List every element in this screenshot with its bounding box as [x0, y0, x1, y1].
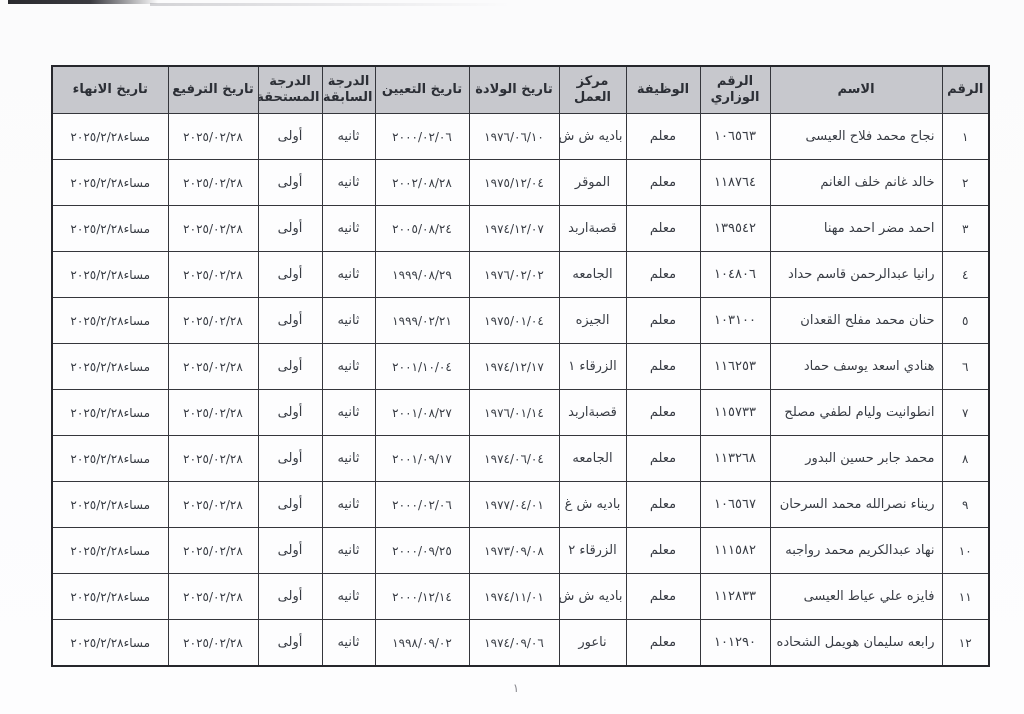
header-row: الرقمالاسمالرقم الوزاريالوظيفةمركز العمل…	[52, 66, 989, 114]
cell-no: ٥	[942, 298, 989, 344]
cell-birth_date: ١٩٧٦/٠٢/٠٢	[469, 252, 559, 298]
cell-promotion_date: ٢٠٢٥/٠٢/٢٨	[168, 528, 258, 574]
cell-hire_date: ٢٠٠١/٠٨/٢٧	[375, 390, 469, 436]
cell-due_grade: أولى	[258, 252, 322, 298]
cell-birth_date: ١٩٧٧/٠٤/٠١	[469, 482, 559, 528]
cell-end_date: مساء٢٠٢٥/٢/٢٨	[52, 344, 168, 390]
cell-work_center: باديه ش ش	[559, 114, 626, 160]
cell-due_grade: أولى	[258, 344, 322, 390]
table-row: ٨محمد جابر حسين البدور١١٣٢٦٨معلمالجامعه١…	[52, 436, 989, 482]
cell-hire_date: ١٩٩٩/٠٨/٢٩	[375, 252, 469, 298]
cell-ministry_no: ١١٣٢٦٨	[700, 436, 770, 482]
cell-end_date: مساء٢٠٢٥/٢/٢٨	[52, 206, 168, 252]
cell-hire_date: ٢٠٠٠/٠٢/٠٦	[375, 114, 469, 160]
cell-ministry_no: ١٠١٢٩٠	[700, 620, 770, 667]
cell-hire_date: ٢٠٠٠/١٢/١٤	[375, 574, 469, 620]
column-header-no: الرقم	[942, 66, 989, 114]
cell-promotion_date: ٢٠٢٥/٠٢/٢٨	[168, 436, 258, 482]
cell-name: حنان محمد مفلح القعدان	[770, 298, 942, 344]
cell-hire_date: ١٩٩٨/٠٩/٠٢	[375, 620, 469, 667]
cell-end_date: مساء٢٠٢٥/٢/٢٨	[52, 482, 168, 528]
cell-no: ١	[942, 114, 989, 160]
cell-end_date: مساء٢٠٢٥/٢/٢٨	[52, 528, 168, 574]
cell-prev_grade: ثانيه	[322, 114, 375, 160]
table-row: ٩ريناء نصرالله محمد السرحان١٠٦٥٦٧معلمباد…	[52, 482, 989, 528]
cell-work_center: ناعور	[559, 620, 626, 667]
cell-job: معلم	[626, 298, 700, 344]
cell-ministry_no: ١٠٦٥٦٣	[700, 114, 770, 160]
cell-job: معلم	[626, 390, 700, 436]
cell-prev_grade: ثانيه	[322, 160, 375, 206]
column-header-hire_date: تاريخ التعيين	[375, 66, 469, 114]
cell-promotion_date: ٢٠٢٥/٠٢/٢٨	[168, 574, 258, 620]
cell-name: نهاد عبدالكريم محمد رواجبه	[770, 528, 942, 574]
cell-job: معلم	[626, 620, 700, 667]
cell-promotion_date: ٢٠٢٥/٠٢/٢٨	[168, 160, 258, 206]
cell-job: معلم	[626, 252, 700, 298]
cell-no: ٦	[942, 344, 989, 390]
cell-name: نجاح محمد فلاح العيسى	[770, 114, 942, 160]
table-row: ١١فايزه علي عياط العيسى١١٢٨٣٣معلمباديه ش…	[52, 574, 989, 620]
cell-due_grade: أولى	[258, 298, 322, 344]
column-header-work_center: مركز العمل	[559, 66, 626, 114]
table-row: ٢خالد غانم خلف الغانم١١٨٧٦٤معلمالموقر١٩٧…	[52, 160, 989, 206]
table-container: الرقمالاسمالرقم الوزاريالوظيفةمركز العمل…	[53, 65, 990, 667]
cell-end_date: مساء٢٠٢٥/٢/٢٨	[52, 436, 168, 482]
cell-job: معلم	[626, 436, 700, 482]
cell-birth_date: ١٩٧٤/١٢/١٧	[469, 344, 559, 390]
table-row: ١٢رابعه سليمان هويمل الشحاده١٠١٢٩٠معلمنا…	[52, 620, 989, 667]
cell-no: ٣	[942, 206, 989, 252]
cell-name: رابعه سليمان هويمل الشحاده	[770, 620, 942, 667]
cell-hire_date: ٢٠٠١/١٠/٠٤	[375, 344, 469, 390]
cell-promotion_date: ٢٠٢٥/٠٢/٢٨	[168, 252, 258, 298]
column-header-due_grade: الدرجة المستحقة	[258, 66, 322, 114]
cell-hire_date: ٢٠٠٥/٠٨/٢٤	[375, 206, 469, 252]
cell-job: معلم	[626, 114, 700, 160]
cell-birth_date: ١٩٧٣/٠٩/٠٨	[469, 528, 559, 574]
cell-hire_date: ٢٠٠٠/٠٩/٢٥	[375, 528, 469, 574]
cell-name: ريناء نصرالله محمد السرحان	[770, 482, 942, 528]
column-header-ministry_no: الرقم الوزاري	[700, 66, 770, 114]
cell-birth_date: ١٩٧٤/١١/٠١	[469, 574, 559, 620]
cell-ministry_no: ١٠٦٥٦٧	[700, 482, 770, 528]
table-row: ٤رانيا عبدالرحمن قاسم حداد١٠٤٨٠٦معلمالجا…	[52, 252, 989, 298]
cell-job: معلم	[626, 206, 700, 252]
cell-ministry_no: ١١٥٧٣٣	[700, 390, 770, 436]
cell-work_center: الزرقاء ٢	[559, 528, 626, 574]
cell-due_grade: أولى	[258, 436, 322, 482]
cell-no: ٢	[942, 160, 989, 206]
table-row: ٧انطوانيت وليام لطفي مصلح١١٥٧٣٣معلمقصبةا…	[52, 390, 989, 436]
table-row: ١٠نهاد عبدالكريم محمد رواجبه١١١٥٨٢معلمال…	[52, 528, 989, 574]
cell-prev_grade: ثانيه	[322, 252, 375, 298]
cell-birth_date: ١٩٧٤/٠٦/٠٤	[469, 436, 559, 482]
cell-no: ٨	[942, 436, 989, 482]
cell-prev_grade: ثانيه	[322, 206, 375, 252]
cell-promotion_date: ٢٠٢٥/٠٢/٢٨	[168, 206, 258, 252]
cell-promotion_date: ٢٠٢٥/٠٢/٢٨	[168, 298, 258, 344]
cell-ministry_no: ١١١٥٨٢	[700, 528, 770, 574]
cell-prev_grade: ثانيه	[322, 344, 375, 390]
column-header-prev_grade: الدرجة السابقة	[322, 66, 375, 114]
cell-promotion_date: ٢٠٢٥/٠٢/٢٨	[168, 114, 258, 160]
cell-birth_date: ١٩٧٤/٠٩/٠٦	[469, 620, 559, 667]
cell-due_grade: أولى	[258, 206, 322, 252]
cell-due_grade: أولى	[258, 574, 322, 620]
cell-hire_date: ٢٠٠١/٠٩/١٧	[375, 436, 469, 482]
cell-promotion_date: ٢٠٢٥/٠٢/٢٨	[168, 482, 258, 528]
cell-name: محمد جابر حسين البدور	[770, 436, 942, 482]
cell-hire_date: ١٩٩٩/٠٢/٢١	[375, 298, 469, 344]
cell-work_center: قصبةاربد	[559, 390, 626, 436]
cell-prev_grade: ثانيه	[322, 574, 375, 620]
cell-name: هنادي اسعد يوسف حماد	[770, 344, 942, 390]
table-row: ١نجاح محمد فلاح العيسى١٠٦٥٦٣معلمباديه ش …	[52, 114, 989, 160]
cell-promotion_date: ٢٠٢٥/٠٢/٢٨	[168, 620, 258, 667]
cell-no: ١٠	[942, 528, 989, 574]
cell-due_grade: أولى	[258, 114, 322, 160]
cell-work_center: باديه ش غ	[559, 482, 626, 528]
cell-due_grade: أولى	[258, 620, 322, 667]
cell-birth_date: ١٩٧٤/١٢/٠٧	[469, 206, 559, 252]
cell-end_date: مساء٢٠٢٥/٢/٢٨	[52, 160, 168, 206]
column-header-birth_date: تاريخ الولادة	[469, 66, 559, 114]
cell-job: معلم	[626, 160, 700, 206]
cell-end_date: مساء٢٠٢٥/٢/٢٨	[52, 114, 168, 160]
cell-end_date: مساء٢٠٢٥/٢/٢٨	[52, 252, 168, 298]
cell-prev_grade: ثانيه	[322, 390, 375, 436]
cell-work_center: الجامعه	[559, 436, 626, 482]
cell-work_center: الزرقاء ١	[559, 344, 626, 390]
cell-promotion_date: ٢٠٢٥/٠٢/٢٨	[168, 344, 258, 390]
cell-due_grade: أولى	[258, 390, 322, 436]
cell-ministry_no: ١٣٩٥٤٢	[700, 206, 770, 252]
cell-ministry_no: ١٠٣١٠٠	[700, 298, 770, 344]
promotions-table: الرقمالاسمالرقم الوزاريالوظيفةمركز العمل…	[51, 65, 990, 667]
cell-ministry_no: ١١٢٨٣٣	[700, 574, 770, 620]
cell-no: ٤	[942, 252, 989, 298]
cell-work_center: الموقر	[559, 160, 626, 206]
cell-prev_grade: ثانيه	[322, 298, 375, 344]
cell-hire_date: ٢٠٠٢/٠٨/٢٨	[375, 160, 469, 206]
cell-no: ١٢	[942, 620, 989, 667]
table-body: ١نجاح محمد فلاح العيسى١٠٦٥٦٣معلمباديه ش …	[52, 114, 989, 667]
cell-end_date: مساء٢٠٢٥/٢/٢٨	[52, 390, 168, 436]
cell-job: معلم	[626, 344, 700, 390]
page-number: ١	[506, 681, 526, 695]
cell-ministry_no: ١٠٤٨٠٦	[700, 252, 770, 298]
cell-prev_grade: ثانيه	[322, 620, 375, 667]
column-header-end_date: تاريخ الانهاء	[52, 66, 168, 114]
column-header-promotion_date: تاريخ الترفيع	[168, 66, 258, 114]
cell-work_center: الجامعه	[559, 252, 626, 298]
scan-artifact-smudge	[150, 3, 510, 6]
table-row: ٦هنادي اسعد يوسف حماد١١٦٢٥٣معلمالزرقاء ١…	[52, 344, 989, 390]
cell-name: احمد مضر احمد مهنا	[770, 206, 942, 252]
cell-due_grade: أولى	[258, 528, 322, 574]
cell-prev_grade: ثانيه	[322, 528, 375, 574]
table-row: ٥حنان محمد مفلح القعدان١٠٣١٠٠معلمالجيزه١…	[52, 298, 989, 344]
cell-birth_date: ١٩٧٦/٠١/١٤	[469, 390, 559, 436]
cell-birth_date: ١٩٧٦/٠٦/١٠	[469, 114, 559, 160]
cell-prev_grade: ثانيه	[322, 436, 375, 482]
cell-birth_date: ١٩٧٥/١٢/٠٤	[469, 160, 559, 206]
table-row: ٣احمد مضر احمد مهنا١٣٩٥٤٢معلمقصبةاربد١٩٧…	[52, 206, 989, 252]
cell-ministry_no: ١١٨٧٦٤	[700, 160, 770, 206]
scan-artifact-line	[8, 0, 158, 4]
cell-name: فايزه علي عياط العيسى	[770, 574, 942, 620]
cell-job: معلم	[626, 574, 700, 620]
table-header: الرقمالاسمالرقم الوزاريالوظيفةمركز العمل…	[52, 66, 989, 114]
cell-birth_date: ١٩٧٥/٠١/٠٤	[469, 298, 559, 344]
cell-end_date: مساء٢٠٢٥/٢/٢٨	[52, 574, 168, 620]
cell-no: ١١	[942, 574, 989, 620]
cell-hire_date: ٢٠٠٠/٠٢/٠٦	[375, 482, 469, 528]
scanned-page: الرقمالاسمالرقم الوزاريالوظيفةمركز العمل…	[0, 0, 1024, 714]
cell-due_grade: أولى	[258, 482, 322, 528]
cell-name: خالد غانم خلف الغانم	[770, 160, 942, 206]
cell-work_center: قصبةاربد	[559, 206, 626, 252]
cell-prev_grade: ثانيه	[322, 482, 375, 528]
cell-work_center: الجيزه	[559, 298, 626, 344]
cell-work_center: باديه ش ش	[559, 574, 626, 620]
column-header-name: الاسم	[770, 66, 942, 114]
cell-no: ٧	[942, 390, 989, 436]
cell-job: معلم	[626, 482, 700, 528]
cell-due_grade: أولى	[258, 160, 322, 206]
column-header-job: الوظيفة	[626, 66, 700, 114]
cell-name: رانيا عبدالرحمن قاسم حداد	[770, 252, 942, 298]
cell-ministry_no: ١١٦٢٥٣	[700, 344, 770, 390]
cell-promotion_date: ٢٠٢٥/٠٢/٢٨	[168, 390, 258, 436]
cell-name: انطوانيت وليام لطفي مصلح	[770, 390, 942, 436]
cell-end_date: مساء٢٠٢٥/٢/٢٨	[52, 620, 168, 667]
cell-end_date: مساء٢٠٢٥/٢/٢٨	[52, 298, 168, 344]
cell-job: معلم	[626, 528, 700, 574]
cell-no: ٩	[942, 482, 989, 528]
